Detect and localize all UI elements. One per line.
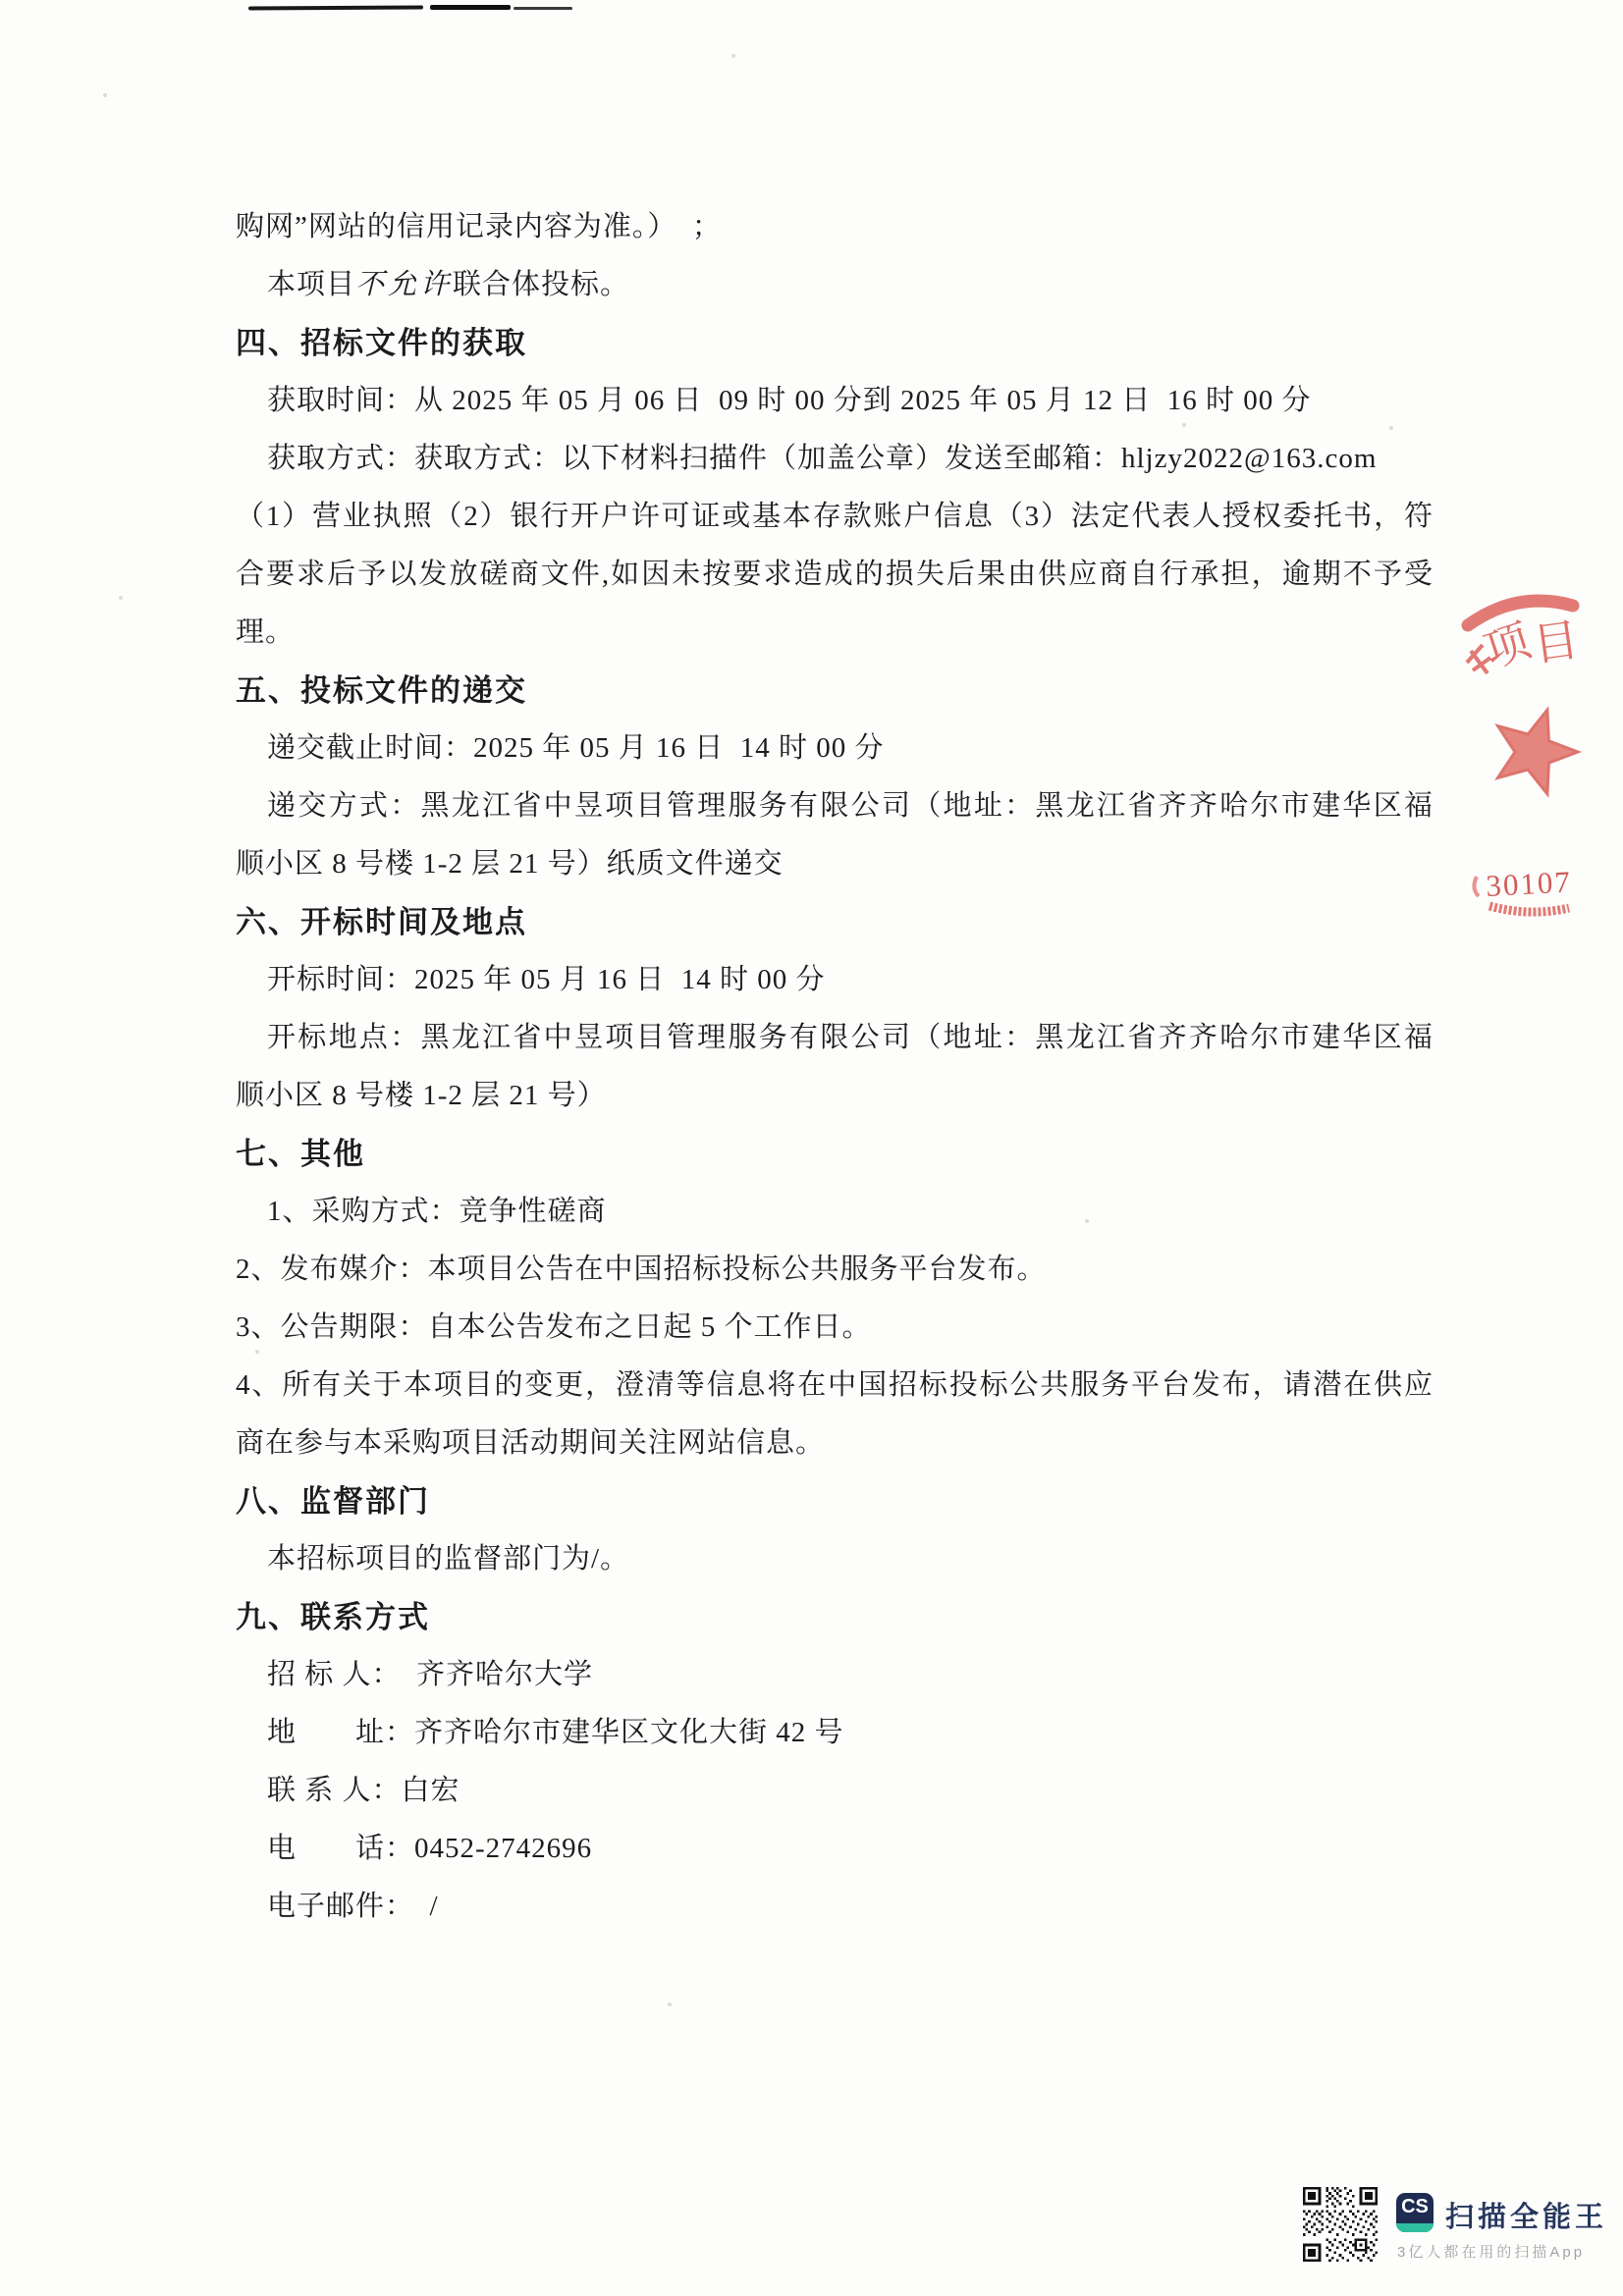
other-item-3: 3、公告期限：自本公告发布之日起 5 个工作日。 <box>236 1299 1434 1357</box>
scan-speck <box>119 596 123 600</box>
scanner-app-name: 扫描全能王 <box>1445 2195 1607 2235</box>
intro-line-2-prefix: 本项目 <box>267 269 355 300</box>
scan-streak-artifact <box>514 7 572 10</box>
document-body: 购网”网站的信用记录内容为准。） ； 本项目不允许联合体投标。 四、招标文件的获… <box>236 198 1434 1936</box>
scan-speck <box>103 93 107 97</box>
email-line: 电子邮件： / <box>236 1878 1434 1936</box>
scan-streak-artifact <box>430 5 511 10</box>
submission-deadline-line: 递交截止时间：2025 年 05 月 16 日 14 时 00 分 <box>236 720 1434 777</box>
tenderer-line: 招 标 人： 齐齐哈尔大学 <box>236 1646 1434 1704</box>
stamp-bottom-arc <box>1489 906 1569 912</box>
bid-opening-time-line: 开标时间：2025 年 05 月 16 日 14 时 00 分 <box>236 951 1434 1009</box>
other-item-2: 2、发布媒介：本项目公告在中国招标投标公共服务平台发布。 <box>236 1241 1434 1299</box>
bid-opening-place-line: 顺小区 8 号楼 1-2 层 21 号） <box>236 1067 1434 1125</box>
phone-line: 电 话：0452-2742696 <box>236 1820 1434 1878</box>
supervision-line: 本招标项目的监督部门为/。 <box>236 1530 1434 1588</box>
section-8-heading: 八、监督部门 <box>236 1472 1434 1530</box>
no-consortium-emphasis: 不允许 <box>355 269 453 300</box>
section-7-heading: 七、其他 <box>236 1125 1434 1183</box>
stamp-star-icon <box>1483 697 1588 799</box>
section-9-heading: 九、联系方式 <box>236 1588 1434 1646</box>
intro-line-2: 本项目不允许联合体投标。 <box>236 256 1434 314</box>
submission-method-line: 递交方式：黑龙江省中昱项目管理服务有限公司（地址：黑龙江省齐齐哈尔市建华区福 <box>236 777 1434 835</box>
stamp-partial-digit <box>1474 877 1479 896</box>
required-materials-line: 合要求后予以发放磋商文件,如因未按要求造成的损失后果由供应商自行承担，逾期不予受 <box>236 546 1434 604</box>
other-item-1: 1、采购方式：竞争性磋商 <box>236 1183 1434 1241</box>
other-item-4: 4、所有关于本项目的变更，澄清等信息将在中国招标投标公共服务平台发布，请潜在供应 <box>236 1357 1434 1415</box>
scanner-app-tagline: 3亿人都在用的扫描App <box>1397 2241 1585 2262</box>
scanned-document-page: 购网”网站的信用记录内容为准。） ； 本项目不允许联合体投标。 四、招标文件的获… <box>0 0 1623 2296</box>
qr-code <box>1303 2187 1378 2262</box>
section-4-heading: 四、招标文件的获取 <box>236 314 1434 372</box>
section-5-heading: 五、投标文件的递交 <box>236 662 1434 720</box>
address-line: 地 址：齐齐哈尔市建华区文化大街 42 号 <box>236 1704 1434 1762</box>
scan-speck <box>731 54 735 58</box>
camscanner-logo-accent <box>1396 2223 1434 2232</box>
intro-line-2-suffix: 联合体投标。 <box>453 269 629 300</box>
camscanner-logo: CS <box>1396 2193 1434 2232</box>
camscanner-logo-abbr: CS <box>1396 2196 1434 2218</box>
section-6-heading: 六、开标时间及地点 <box>236 893 1434 951</box>
official-stamp-graphic: 项 目 30107 <box>1443 574 1623 937</box>
acquire-method-line: 获取方式：获取方式：以下材料扫描件（加盖公章）发送至邮箱：hljzy2022@1… <box>236 430 1434 488</box>
stamp-character-2: 目 <box>1530 614 1582 670</box>
required-materials-line: 理。 <box>236 604 1434 662</box>
scanner-watermark: CS 扫描全能王 3亿人都在用的扫描App <box>1303 2185 1597 2269</box>
required-materials-line: （1）营业执照（2）银行开户许可证或基本存款账户信息（3）法定代表人授权委托书，… <box>236 488 1434 546</box>
intro-line-1: 购网”网站的信用记录内容为准。） ； <box>236 198 1434 256</box>
stamp-character-1: 项 <box>1478 614 1537 676</box>
bid-opening-place-line: 开标地点：黑龙江省中昱项目管理服务有限公司（地址：黑龙江省齐齐哈尔市建华区福 <box>236 1009 1434 1067</box>
official-stamp: 项 目 30107 <box>1443 574 1623 937</box>
other-item-4-continued: 商在参与本采购项目活动期间关注网站信息。 <box>236 1415 1434 1472</box>
contact-person-line: 联 系 人：白宏 <box>236 1762 1434 1820</box>
scan-streak-artifact <box>248 6 423 11</box>
acquire-time-line: 获取时间：从 2025 年 05 月 06 日 09 时 00 分到 2025 … <box>236 372 1434 430</box>
stamp-number: 30107 <box>1486 864 1573 903</box>
scan-speck <box>668 2002 672 2006</box>
submission-method-line: 顺小区 8 号楼 1-2 层 21 号）纸质文件递交 <box>236 835 1434 893</box>
